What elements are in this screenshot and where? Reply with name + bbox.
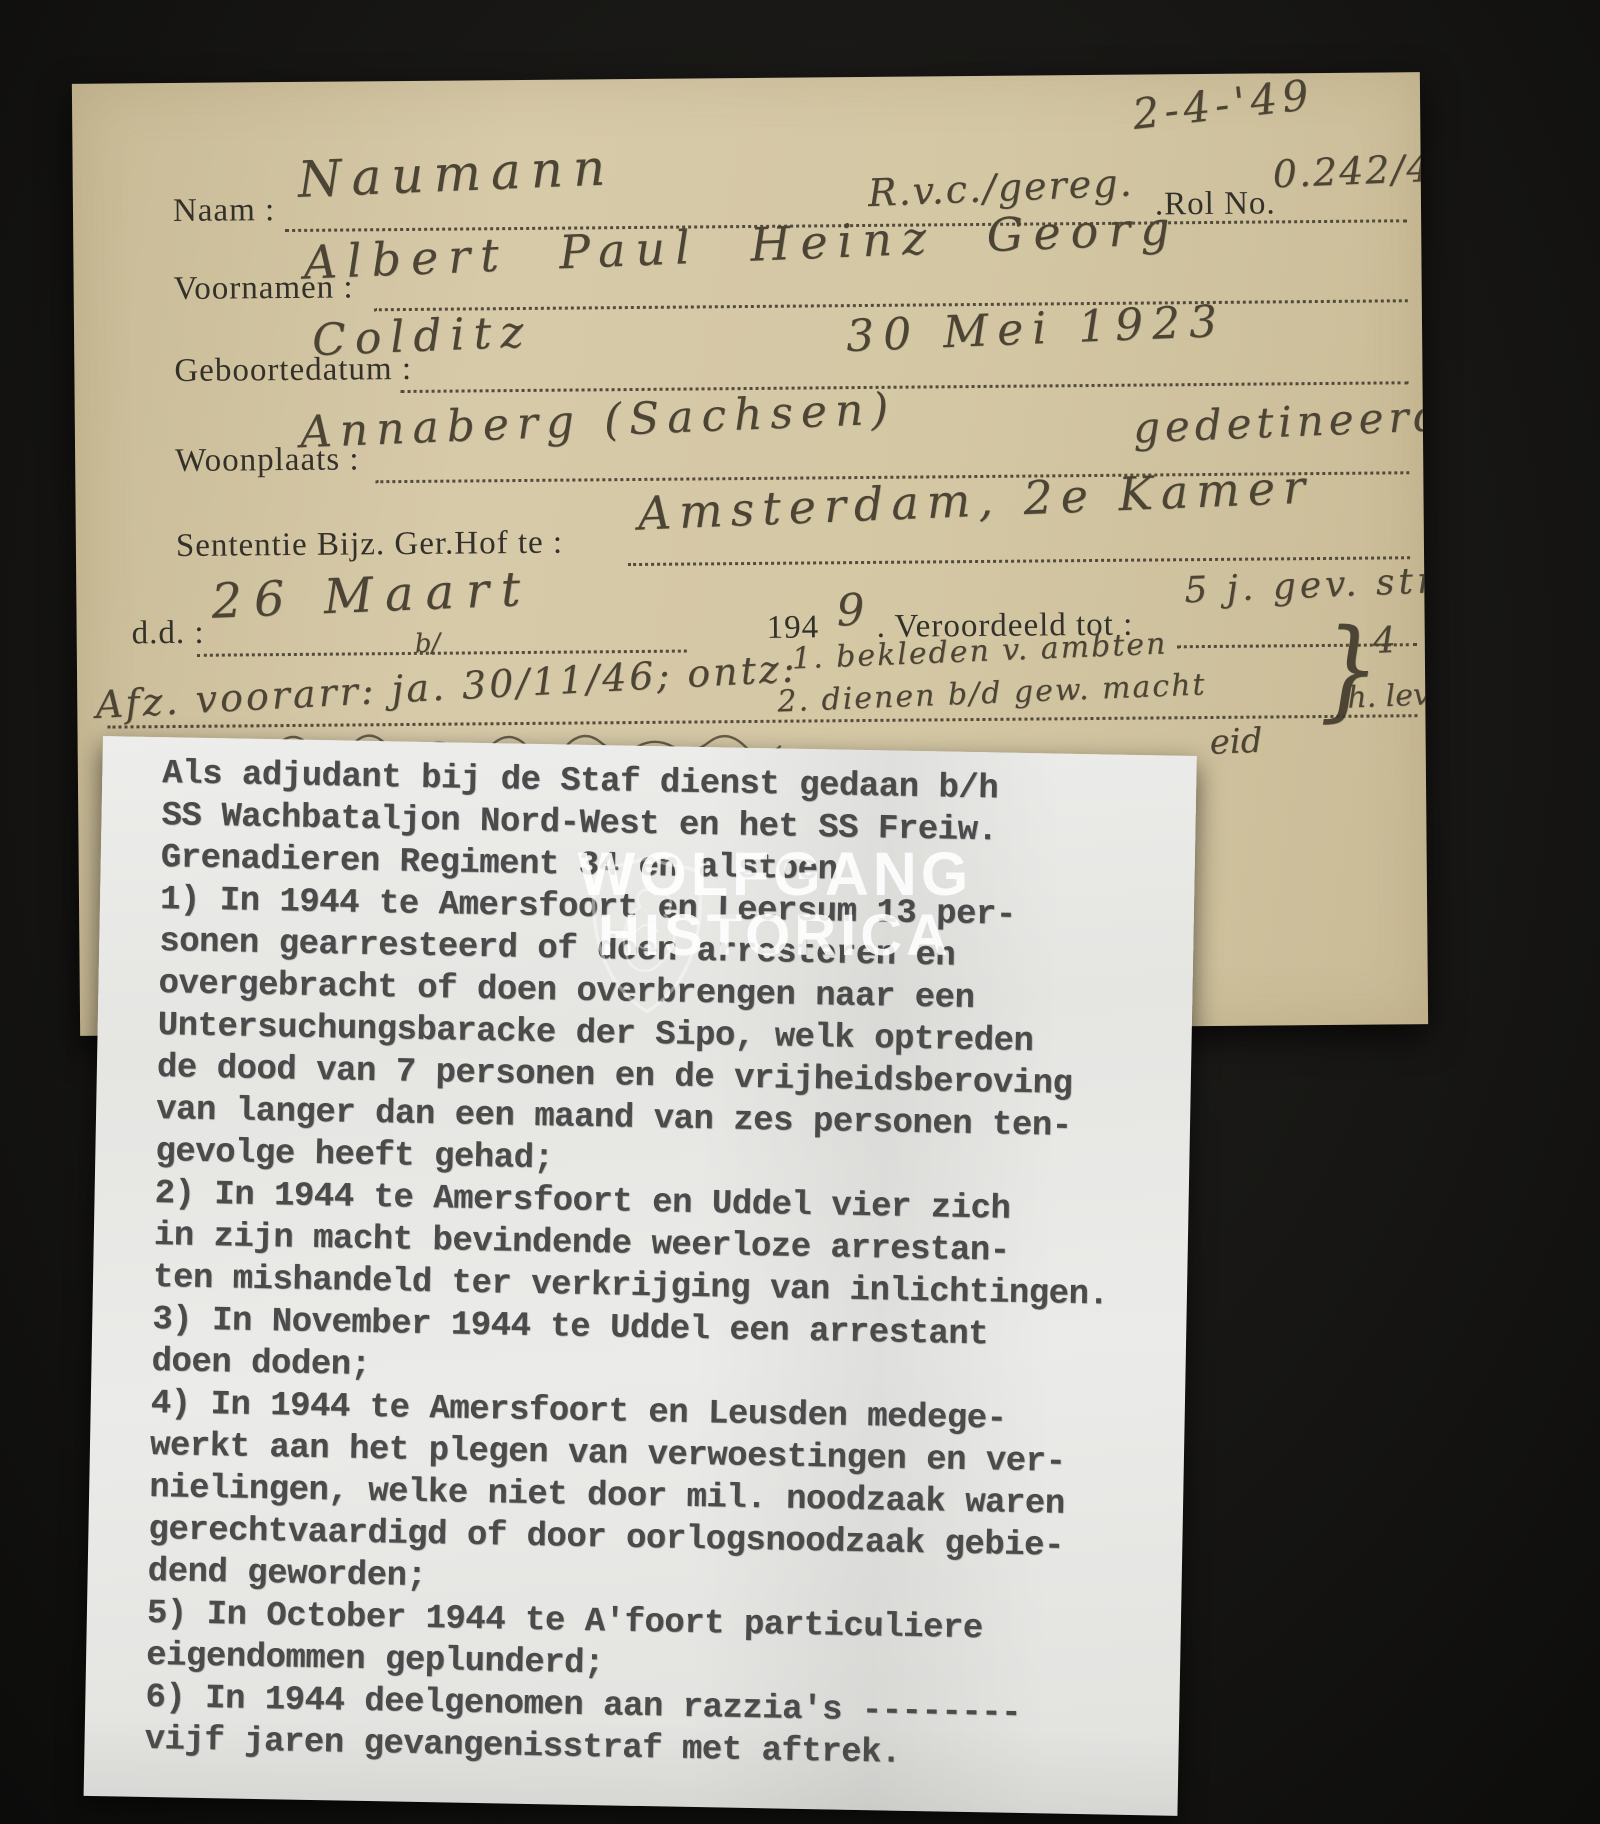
year-written: 9 (835, 585, 865, 637)
notes-row: Afz. voorarr: ja. 30/11/46; ontz: b/ 1. … (77, 632, 1426, 729)
notes-frag-2: h. leven (1347, 676, 1429, 716)
naam-value: Naumann (297, 138, 616, 209)
notes-item2: 2. dienen b/d gew. macht (777, 667, 1207, 719)
birth-place-value: Colditz (311, 306, 533, 366)
verdict-value: 5 j. gev. str. (1184, 560, 1429, 612)
sententie-label: Sententie Bijz. Ger.Hof te : (176, 525, 564, 565)
notes-left: Afz. voorarr: ja. 30/11/46; ontz: (94, 646, 798, 727)
field-row-geboortedatum: Geboortedatum : Colditz 30 Mei 1923 (74, 326, 1422, 396)
typed-note-paper: Als adjudant bij de Staf dienst gedaan b… (84, 736, 1197, 1816)
typed-text-block: Als adjudant bij de Staf dienst gedaan b… (144, 753, 1178, 1779)
naam-label: Naam : (173, 192, 276, 230)
photo-background: 2-4-'49 Naam : Naumann R.v.c./gereg. .Ro… (0, 0, 1600, 1824)
dd-value: 26 Maart (210, 561, 533, 630)
notes-frag-1: 4 (1372, 620, 1397, 662)
woonplaats-note: gedetineerd (1132, 391, 1428, 453)
notes-frag-3: eid (1209, 721, 1263, 763)
rol-no-value: 0.242/49 (1272, 145, 1428, 196)
field-row-sententie: Sententie Bijz. Ger.Hof te : Amsterdam, … (76, 501, 1424, 571)
notes-insert-mark: b/ (414, 628, 441, 659)
corner-date: 2-4-'49 (1130, 72, 1316, 139)
dotted-rule (401, 381, 1409, 393)
dotted-rule (628, 556, 1410, 566)
woonplaats-value: Annaberg (Sachsen) (299, 383, 897, 458)
